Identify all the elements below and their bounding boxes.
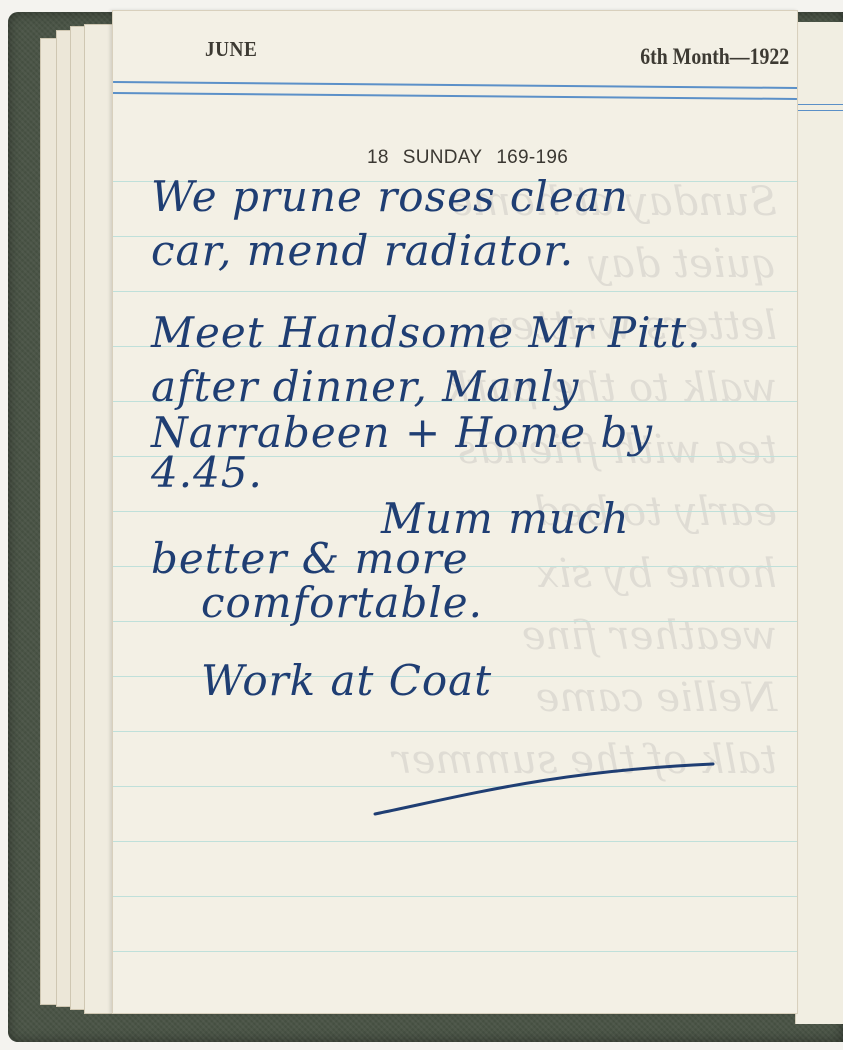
handwritten-entry: We prune roses clean car, mend radiator.… xyxy=(151,161,781,711)
facing-page xyxy=(795,22,843,1024)
month-year-heading: 6th Month—1922 xyxy=(640,44,789,70)
rule-line xyxy=(113,841,797,842)
closing-flourish xyxy=(373,756,723,816)
entry-line: car, mend radiator. xyxy=(151,221,781,281)
header-rule xyxy=(113,81,797,100)
rule-line xyxy=(113,896,797,897)
rule-line xyxy=(113,731,797,732)
entry-line: comfortable. xyxy=(151,573,781,633)
entry-line: Meet Handsome Mr Pitt. xyxy=(151,303,781,363)
entry-line: We prune roses clean xyxy=(151,167,781,227)
month-heading: JUNE xyxy=(205,37,257,62)
entry-line: Work at Coat xyxy=(151,651,781,711)
diary-page: Sunday at homequiet dayletters writtenwa… xyxy=(112,10,798,1014)
rule-line xyxy=(113,951,797,952)
